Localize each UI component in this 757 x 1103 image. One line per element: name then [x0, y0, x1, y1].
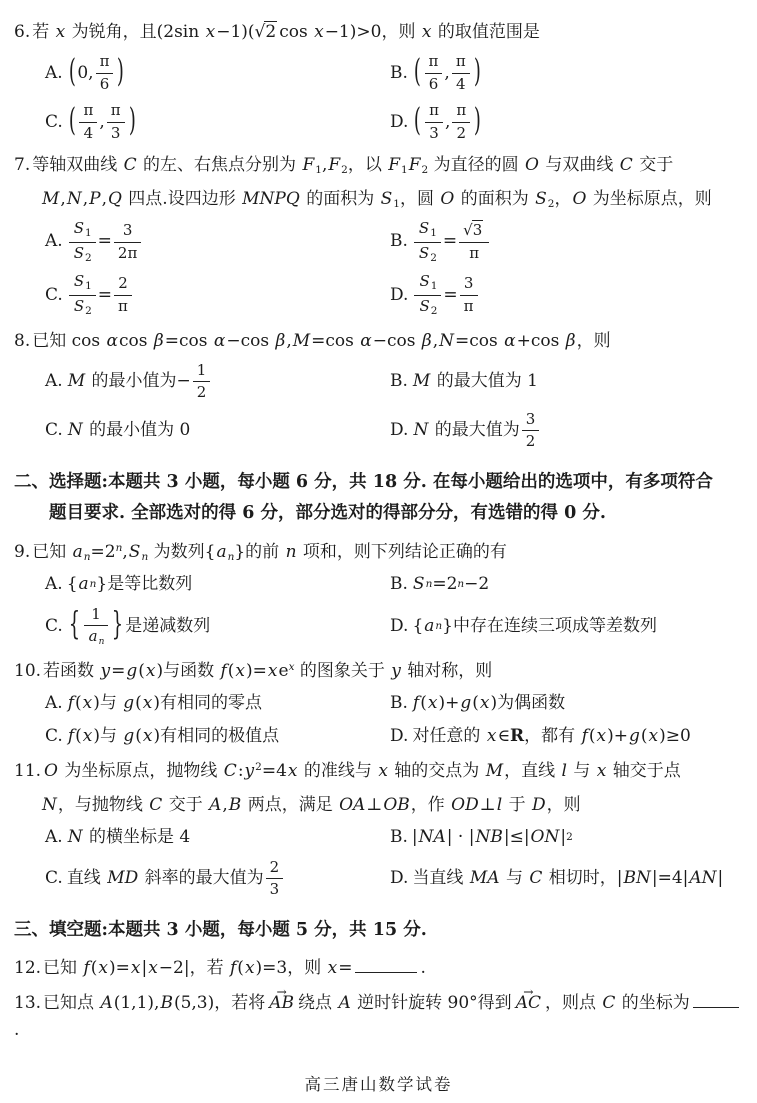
exam-body: 6.若 x 为锐角，且(2sin x−1)(√2cos x−1)>0，则 x 的…	[14, 19, 743, 1043]
question-7-option-B: B.S1S2=√3π	[390, 219, 743, 265]
math-var: y	[244, 761, 256, 781]
numerator: √3	[459, 221, 489, 243]
math-var: BN	[623, 866, 652, 892]
math-var: O	[43, 761, 59, 781]
option-label: C.	[45, 724, 63, 750]
text-run: )为偶函数	[490, 691, 565, 717]
radical-sign: √	[255, 22, 265, 42]
text-run: )+	[607, 724, 628, 750]
math-var: NB	[474, 825, 503, 851]
question-11: 11.O 为坐标原点，抛物线 C:y2=4x 的准线与 x 轴的交点为 M，直线…	[14, 758, 743, 899]
text-run: 为坐标原点，抛物线	[59, 761, 223, 781]
numerator: 2	[114, 274, 132, 296]
question-7-option-C: C.S1S2=2π	[45, 272, 390, 318]
text-run: 已知	[43, 958, 82, 978]
math-var: OA	[338, 795, 366, 815]
text-run: 4	[84, 124, 94, 142]
math-var: f	[67, 691, 75, 717]
subscript: 1	[393, 198, 400, 210]
denominator: 3	[266, 879, 284, 900]
text-run: =	[338, 958, 352, 978]
question-8-option-A: A.M 的最小值为−12	[45, 361, 390, 403]
fraction: π3	[107, 101, 125, 143]
math-var: x	[287, 761, 299, 781]
question-number: 13.	[14, 993, 41, 1013]
math-var: f	[581, 724, 589, 750]
superscript: 2	[255, 761, 262, 773]
text-run: (	[75, 724, 82, 750]
option-label: A.	[45, 229, 63, 255]
math-var: g	[122, 691, 135, 717]
option-label: D.	[390, 283, 408, 309]
question-7-option-A: A.S1S2=32π	[45, 219, 390, 265]
text-run: 轴对称，则	[402, 661, 492, 681]
text-run: 已知点	[43, 993, 99, 1013]
text-run: 若	[32, 22, 54, 42]
question-6-options-row: A.(0,π6)B.(π6,π4)	[45, 52, 743, 94]
text-run: 轴的交点为	[389, 761, 485, 781]
question-number: 9.	[14, 542, 30, 562]
text-run: +cos	[517, 331, 565, 351]
text-run: 3	[123, 221, 133, 239]
question-10-text: 10.若函数 y=g(x)与函数 f(x)=xex 的图象关于 y 轴对称，则	[14, 658, 743, 684]
text-run: (	[75, 691, 82, 717]
subscript: 1	[431, 280, 438, 292]
subscript: 2	[85, 252, 92, 264]
text-run: 的最小值为 0	[84, 418, 191, 444]
math-var: x	[142, 691, 154, 717]
math-var: x	[147, 958, 159, 978]
denominator: 2π	[114, 243, 141, 264]
text-run: 2	[526, 432, 536, 450]
fraction: 2π	[114, 274, 132, 316]
question-10-options-row: A.f(x)与 g(x)有相同的零点B.f(x)+g(x)为偶函数	[45, 691, 743, 717]
section-header-line: 三、填空题:本题共 3 小题，每小题 5 分，共 15 分.	[14, 915, 743, 947]
fraction: √3π	[459, 221, 489, 263]
radical-sign: √	[463, 221, 472, 239]
text-run: 项和，则下列结论正确的有	[298, 542, 507, 562]
text-run: 3	[526, 410, 536, 428]
text-run: 为锐角，且(2sin	[66, 22, 204, 42]
question-8: 8.已知 cos αcos β=cos α−cos β,M=cos α−cos …	[14, 328, 743, 452]
math-var: F	[387, 155, 401, 175]
text-run: =2	[91, 542, 116, 562]
math-var: P	[88, 189, 101, 209]
math-var: f	[67, 724, 75, 750]
section-header: 三、填空题:本题共 3 小题，每小题 5 分，共 15 分.	[14, 915, 743, 947]
subscript: 1	[85, 227, 92, 239]
text-run: cos	[279, 22, 313, 42]
math-var: g	[125, 661, 138, 681]
denominator: S2	[69, 243, 96, 266]
math-var: g	[628, 724, 641, 750]
math-var: C	[619, 155, 634, 175]
question-8-option-D: D.N 的最大值为32	[390, 410, 743, 452]
radicand: 2	[264, 21, 277, 42]
text-run: π	[111, 101, 121, 119]
text-run: 的最大值为	[429, 418, 519, 444]
numerator: 1	[84, 605, 109, 627]
text-run: ,	[286, 331, 291, 351]
text-run: |≤|	[504, 825, 530, 851]
math-var: S	[418, 244, 430, 262]
big-paren: (	[414, 50, 421, 97]
text-run: )=3，则	[256, 958, 327, 978]
text-run: 的面积为	[455, 189, 534, 209]
text-run: π	[429, 101, 439, 119]
math-var: C	[148, 795, 163, 815]
question-7-options-row: A.S1S2=32πB.S1S2=√3π	[45, 219, 743, 265]
fraction: S1S2	[414, 272, 441, 318]
text-run: )=	[246, 661, 267, 681]
text-run: π	[456, 52, 466, 70]
fraction: S1S2	[69, 272, 96, 318]
math-var: B	[228, 795, 243, 815]
text-run: )有相同的零点	[153, 691, 262, 717]
numerator: 3	[114, 221, 141, 243]
option-label: C.	[45, 283, 63, 309]
denominator: 2	[452, 123, 470, 144]
text-run: 为直径的圆	[428, 155, 524, 175]
math-var: x	[327, 958, 339, 978]
fraction: S1S2	[414, 219, 441, 265]
math-var: α	[503, 331, 516, 351]
math-var: S	[412, 572, 426, 598]
option-label: D.	[390, 614, 408, 640]
math-var: S	[128, 542, 142, 562]
subscript: 2	[341, 164, 348, 176]
text-run: 的左、右焦点分别为	[138, 155, 302, 175]
question-8-option-C: C.N 的最小值为 0	[45, 418, 390, 444]
text-run: 6	[429, 75, 439, 93]
question-10-options-row: C.f(x)与 g(x)有相同的极值点D.对任意的 x∈R，都有 f(x)+g(…	[45, 724, 743, 750]
text-run: π	[469, 244, 479, 262]
option-label: B.	[390, 691, 408, 717]
subscript: 2	[85, 305, 92, 317]
question-7-text: 7.等轴双曲线 C 的左、右焦点分别为 F1,F2，以 F1F2 为直径的圆 O…	[14, 152, 743, 178]
math-var: OD	[450, 795, 480, 815]
math-var: x	[234, 661, 246, 681]
text-run: 直线	[67, 866, 106, 892]
question-6-option-B: B.(π6,π4)	[390, 52, 743, 94]
numerator: S1	[69, 272, 96, 296]
big-paren: (	[69, 50, 76, 97]
question-number: 8.	[14, 331, 30, 351]
math-var: y	[390, 661, 402, 681]
text-run: e	[279, 661, 289, 681]
question-8-options-row: C.N 的最小值为 0D.N 的最大值为32	[45, 410, 743, 452]
numerator: π	[425, 101, 443, 123]
math-var: x	[596, 724, 608, 750]
text-run: {	[67, 572, 78, 598]
question-6-option-C: C.(π4,π3)	[45, 101, 390, 143]
math-var: α	[213, 331, 226, 351]
math-var: M	[41, 189, 60, 209]
fraction: π4	[452, 52, 470, 94]
option-label: B.	[390, 369, 408, 395]
math-var: N	[67, 418, 84, 444]
question-9-options-row: C.{1an}是递减数列D.{an}中存在连续三项成等差数列	[45, 605, 743, 649]
question-6-text: 6.若 x 为锐角，且(2sin x−1)(√2cos x−1)>0，则 x 的…	[14, 19, 743, 45]
math-var: x	[97, 958, 109, 978]
text-run: ⊥	[366, 795, 382, 815]
text-run: −2	[464, 572, 489, 598]
text-run: :	[238, 761, 244, 781]
denominator: 6	[96, 74, 114, 95]
text-run: ，则	[547, 795, 581, 815]
text-run: 于	[503, 795, 531, 815]
numerator: π	[107, 101, 125, 123]
question-11-option-D: D.当直线 MA 与 C 相切时，|BN|=4|AN|	[390, 866, 743, 892]
text-run: −cos	[226, 331, 274, 351]
math-var: n	[285, 542, 298, 562]
text-run: (	[472, 691, 479, 717]
big-paren: )	[474, 50, 481, 97]
question-number: 12.	[14, 958, 41, 978]
math-var: MD	[106, 866, 139, 892]
subscript: 1	[430, 227, 437, 239]
denominator: S2	[414, 243, 441, 266]
text-run: 对任意的	[412, 724, 485, 750]
text-run: 的图象关于	[294, 661, 390, 681]
text-run: (	[589, 724, 596, 750]
vector-arrow: AB	[268, 993, 295, 1013]
text-run: 3	[464, 274, 474, 292]
math-var: g	[459, 691, 472, 717]
numerator: 3	[522, 410, 540, 432]
text-run: 2	[118, 274, 128, 292]
text-run: 两点，满足	[242, 795, 338, 815]
text-run: −2|，若	[159, 958, 229, 978]
fraction: S1S2	[69, 219, 96, 265]
fraction: π6	[425, 52, 443, 94]
option-label: D.	[390, 418, 408, 444]
option-label: C.	[45, 866, 63, 892]
math-var: x	[596, 761, 608, 781]
text-run: 与双曲线	[540, 155, 619, 175]
math-var: M	[485, 761, 504, 781]
math-var: a	[72, 542, 84, 562]
text-run: ,	[122, 542, 127, 562]
denominator: S2	[414, 296, 441, 319]
text-run: )与函数	[156, 661, 219, 681]
text-run: 1	[91, 605, 101, 623]
subscript: 2	[431, 305, 438, 317]
text-run: =2	[432, 572, 457, 598]
math-var: N	[67, 825, 84, 851]
text-run: (	[420, 691, 427, 717]
math-var: S	[534, 189, 548, 209]
fraction: 1an	[84, 605, 109, 649]
text-run: |=4|	[652, 866, 689, 892]
text-run: (1,1),	[114, 993, 160, 1013]
text-run: (5,3)，若将	[174, 993, 265, 1013]
question-number: 11.	[14, 761, 41, 781]
math-var: OB	[382, 795, 410, 815]
subscript: n	[99, 637, 105, 647]
text-run: ，作	[411, 795, 450, 815]
option-label: C.	[45, 110, 63, 136]
question-6-option-A: A.(0,π6)	[45, 52, 390, 94]
math-var: a	[78, 572, 90, 598]
text-run: 2	[265, 22, 276, 42]
math-var: β	[275, 331, 287, 351]
sqrt-radical: √2	[255, 22, 278, 42]
numerator: S1	[69, 219, 96, 243]
option-label: A.	[45, 825, 63, 851]
text-run: )与	[93, 691, 122, 717]
denominator: 3	[107, 123, 125, 144]
denominator: π	[114, 296, 132, 317]
text-run: 的面积为	[301, 189, 380, 209]
text-run: 题目要求. 全部选对的得 6 分，部分选对的得部分分，有选错的得 0 分.	[49, 503, 606, 523]
math-var: x	[486, 724, 498, 750]
question-7-text: M,N,P,Q 四点.设四边形 MNPQ 的面积为 S1，圆 O 的面积为 S2…	[14, 186, 743, 212]
text-run: 的准线与	[299, 761, 378, 781]
text-run: cos	[119, 331, 153, 351]
big-paren: {	[69, 603, 80, 650]
text-run: =	[98, 283, 112, 309]
sqrt-radical: √3	[463, 221, 483, 239]
math-var: l	[561, 761, 568, 781]
answer-blank	[355, 956, 417, 973]
section-header: 二、选择题:本题共 3 小题，每小题 6 分，共 18 分. 在每小题给出的选项…	[14, 467, 743, 530]
big-paren: (	[69, 99, 76, 146]
big-paren: )	[128, 99, 135, 146]
math-var: S	[73, 244, 85, 262]
text-run: π	[429, 52, 439, 70]
text-run: 与	[568, 761, 596, 781]
big-paren: )	[474, 99, 481, 146]
option-label: B.	[390, 825, 408, 851]
big-paren: }	[112, 603, 123, 650]
numerator: π	[452, 101, 470, 123]
math-var: A	[337, 993, 351, 1013]
question-10-option-B: B.f(x)+g(x)为偶函数	[390, 691, 743, 717]
question-9: 9.已知 an=2n,Sn 为数列{an}的前 n 项和，则下列结论正确的有A.…	[14, 539, 743, 649]
numerator: S1	[414, 219, 441, 243]
text-run: }的前	[234, 542, 284, 562]
option-label: B.	[390, 229, 408, 255]
math-var: f	[82, 958, 90, 978]
text-run: =cos	[311, 331, 359, 351]
option-label: D.	[390, 110, 408, 136]
denominator: 4	[452, 74, 470, 95]
math-var: β	[421, 331, 433, 351]
text-run: ，	[554, 189, 571, 209]
text-run: {	[412, 614, 423, 640]
text-run: 是递减数列	[125, 614, 210, 640]
question-number: 10.	[14, 661, 41, 681]
fraction: 12	[193, 361, 211, 403]
question-12: 12.已知 f(x)=x|x−2|，若 f(x)=3，则 x=.	[14, 955, 743, 981]
question-11-text: N，与抛物线 C 交于 A,B 两点，满足 OA⊥OB，作 OD⊥l 于 D，则	[14, 792, 743, 818]
superscript: n	[457, 577, 464, 593]
text-run: (	[135, 724, 142, 750]
question-11-option-C: C.直线 MD 斜率的最大值为23	[45, 858, 390, 900]
subscript: 1	[401, 164, 408, 176]
text-run: ，则	[577, 331, 611, 351]
option-label: A.	[45, 572, 63, 598]
text-run: 3	[270, 880, 280, 898]
text-run: 二、选择题:本题共 3 小题，每小题 6 分，共 18 分. 在每小题给出的选项…	[14, 472, 713, 492]
section-header-line: 题目要求. 全部选对的得 6 分，部分选对的得部分分，有选错的得 0 分.	[14, 498, 743, 530]
question-11-option-B: B.|NA| · |NB|≤|ON|2	[390, 825, 743, 851]
vector-arrow: AC	[515, 993, 542, 1013]
math-var: x	[313, 22, 325, 42]
text-run: | · |	[447, 825, 475, 851]
math-var: M	[67, 369, 86, 395]
text-run: 的横坐标是 4	[84, 825, 191, 851]
math-var: F	[301, 155, 315, 175]
math-var: x	[267, 661, 279, 681]
denominator: 2	[193, 382, 211, 403]
text-run: ,	[222, 795, 227, 815]
text-run: ⊥	[480, 795, 496, 815]
question-6-option-D: D.(π3,π2)	[390, 101, 743, 143]
fraction: π4	[79, 101, 97, 143]
denominator: 6	[425, 74, 443, 95]
fraction: 3π	[460, 274, 478, 316]
text-run: π	[456, 101, 466, 119]
question-8-option-B: B.M 的最大值为 1	[390, 369, 743, 395]
text-run: =4	[262, 761, 287, 781]
math-var: x	[142, 724, 154, 750]
fraction: 32	[522, 410, 540, 452]
text-run: 已知 cos	[32, 331, 105, 351]
math-var: S	[73, 219, 85, 237]
question-7-options-row: C.S1S2=2πD.S1S2=3π	[45, 272, 743, 318]
text-run: 当直线	[412, 866, 468, 892]
math-var: NA	[418, 825, 447, 851]
text-run: (	[138, 661, 145, 681]
question-7: 7.等轴双曲线 C 的左、右焦点分别为 F1,F2，以 F1F2 为直径的圆 O…	[14, 152, 743, 318]
math-var: α	[359, 331, 372, 351]
text-run: (	[641, 724, 648, 750]
text-run: 0,	[77, 61, 93, 87]
text-run: 轴交于点	[607, 761, 680, 781]
fraction: π3	[425, 101, 443, 143]
question-11-option-A: A.N 的横坐标是 4	[45, 825, 390, 851]
text-run: 的坐标为	[616, 993, 689, 1013]
math-var: x	[130, 958, 142, 978]
question-10-option-C: C.f(x)与 g(x)有相同的极值点	[45, 724, 390, 750]
question-7-option-D: D.S1S2=3π	[390, 272, 743, 318]
denominator: π	[459, 243, 489, 264]
text-run: ，以	[348, 155, 387, 175]
text-run: −1)(	[216, 22, 254, 42]
numerator: 3	[460, 274, 478, 296]
text-run: =cos	[455, 331, 503, 351]
text-run: 2	[457, 124, 467, 142]
text-run: 三、填空题:本题共 3 小题，每小题 5 分，共 15 分.	[14, 920, 427, 940]
math-var: S	[73, 297, 85, 315]
question-9-text: 9.已知 an=2n,Sn 为数列{an}的前 n 项和，则下列结论正确的有	[14, 539, 743, 565]
text-run: )=	[109, 958, 130, 978]
numerator: 1	[193, 361, 211, 383]
text-run: 4	[456, 75, 466, 93]
numerator: 2	[266, 858, 284, 880]
math-var: Q	[107, 189, 123, 209]
math-var: x	[421, 22, 433, 42]
option-label: D.	[390, 724, 408, 750]
question-6-options-row: C.(π4,π3)D.(π3,π2)	[45, 101, 743, 143]
text-run: =	[98, 229, 112, 255]
text-run: }中存在连续三项成等差数列	[442, 614, 657, 640]
question-9-option-B: B.Sn=2n−2	[390, 572, 743, 598]
text-run: 交于	[634, 155, 673, 175]
text-run: 等轴双曲线	[32, 155, 122, 175]
